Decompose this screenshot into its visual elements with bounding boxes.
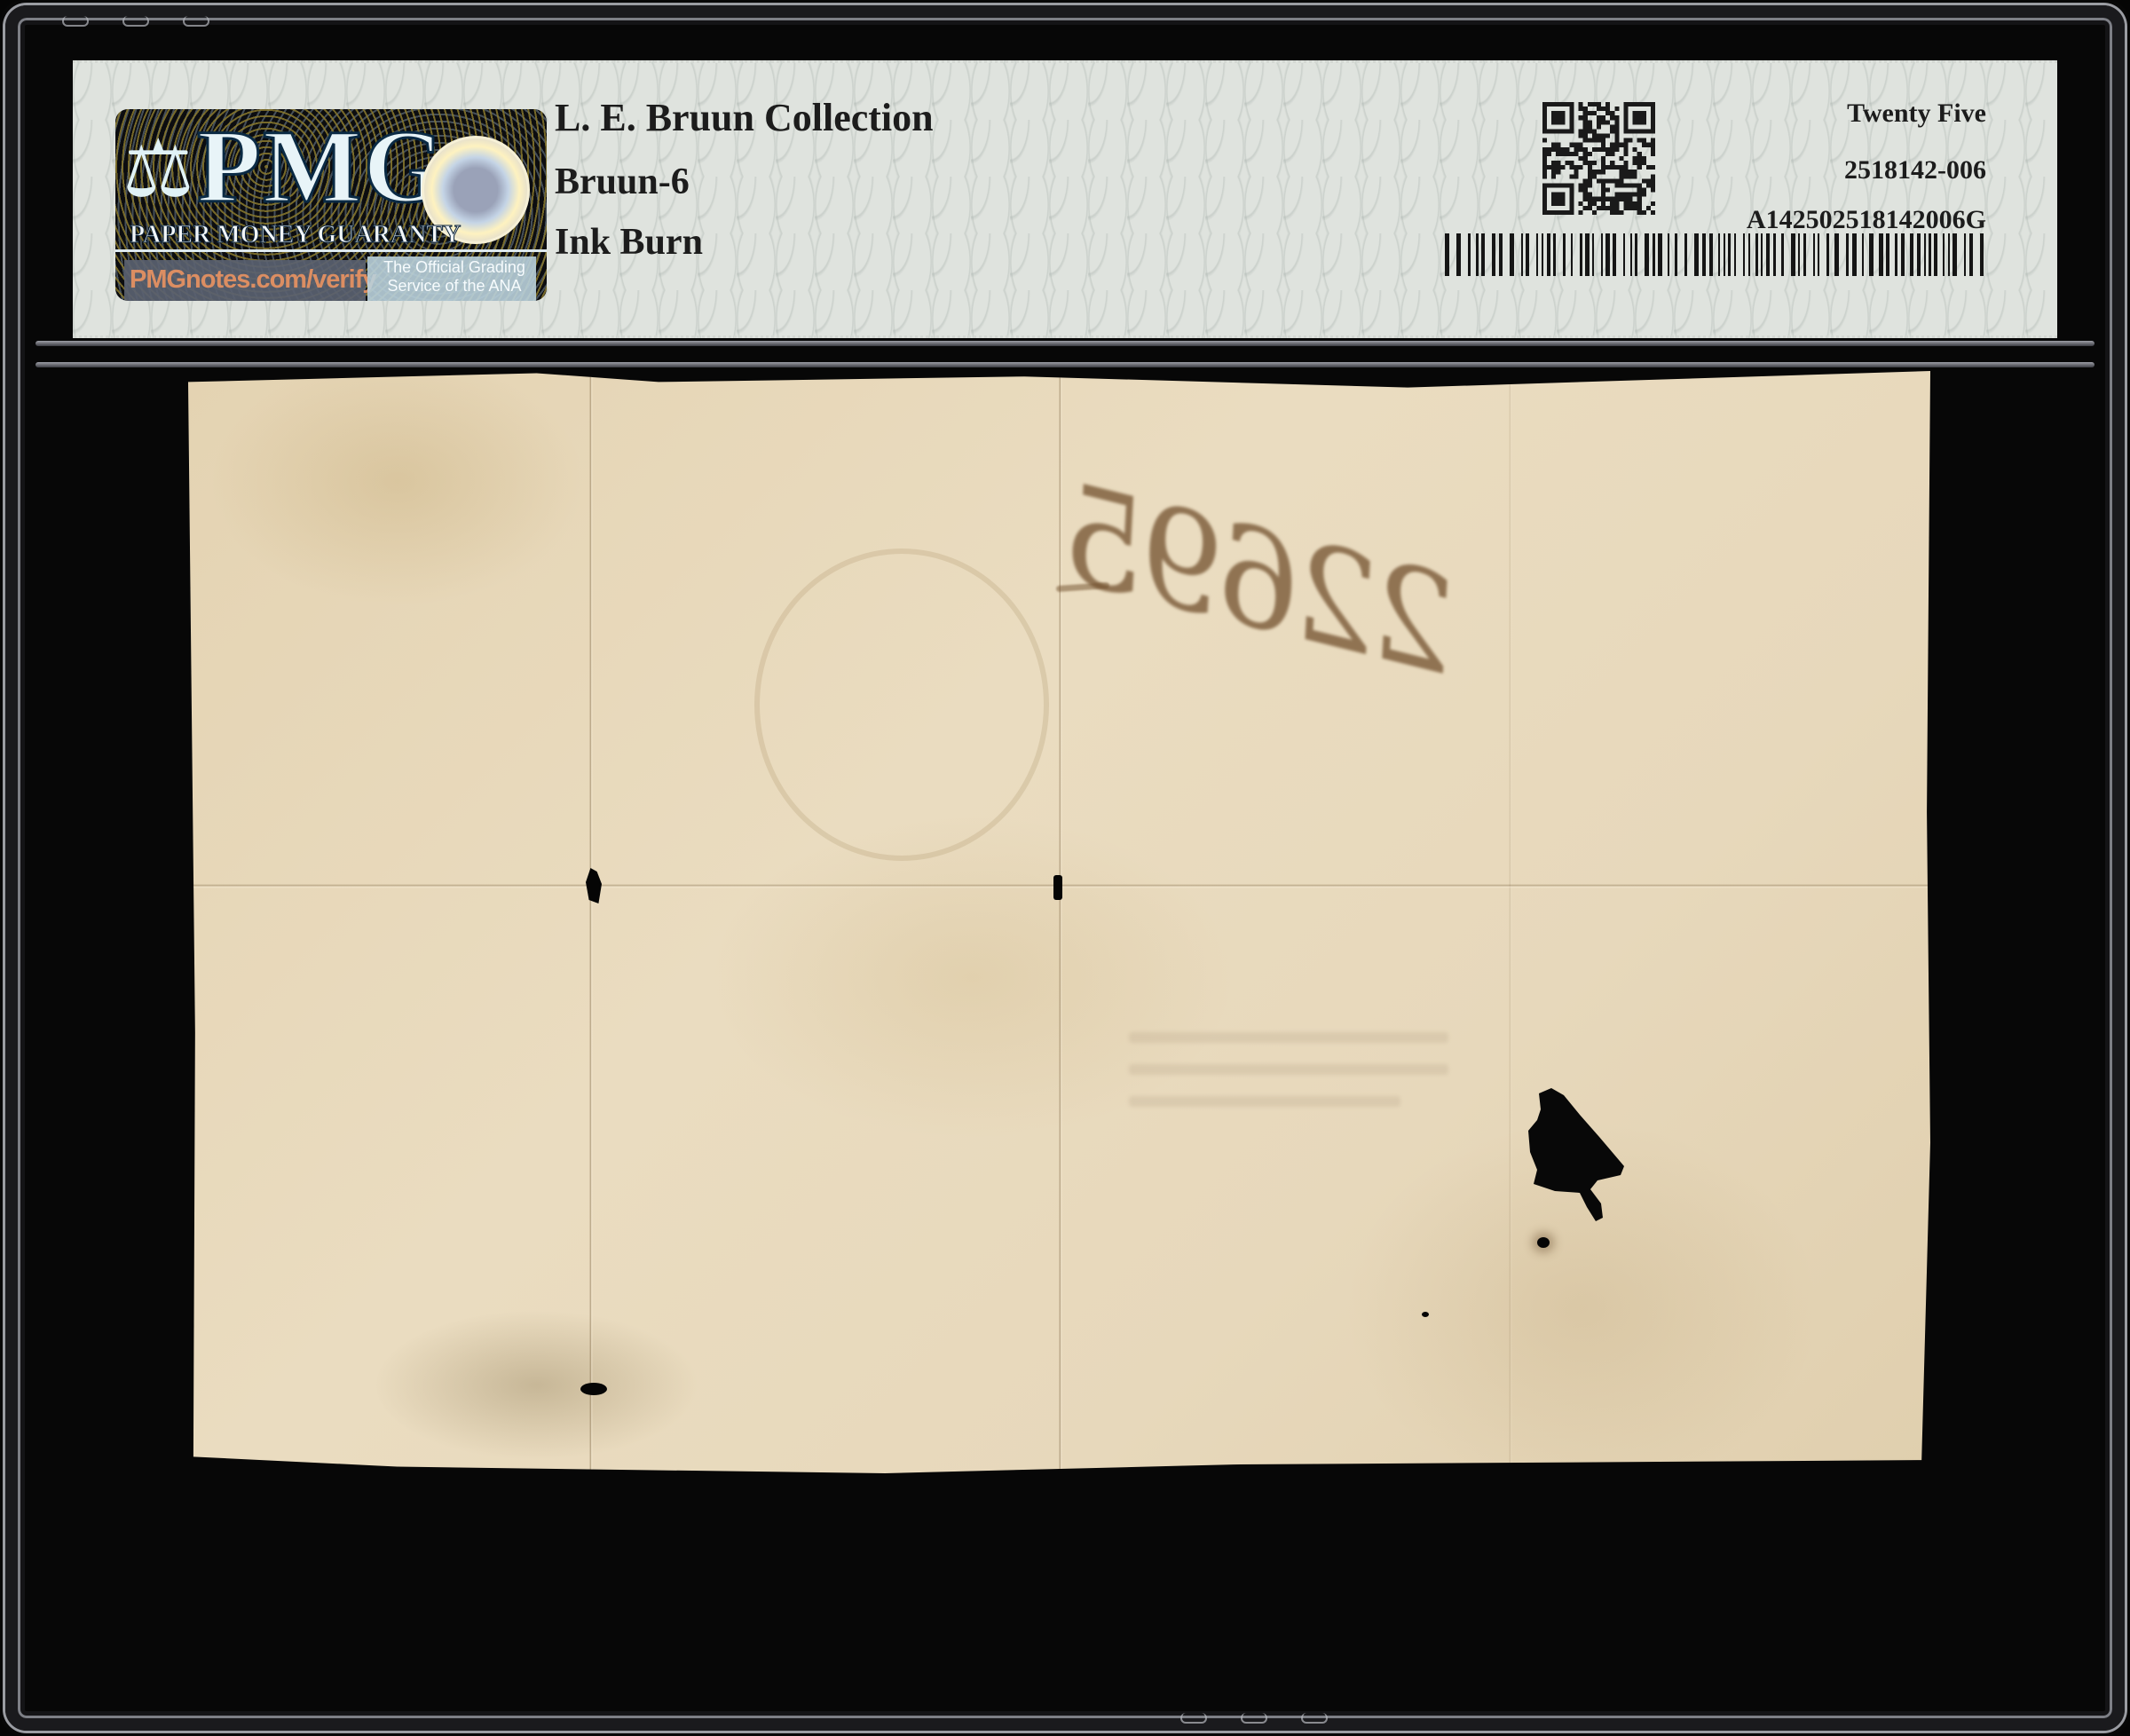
fold-hole (1053, 875, 1062, 900)
barcode-text: A142502518142006G (1747, 205, 1986, 235)
holder-rail-upper (35, 341, 2094, 346)
holder-rail-lower (35, 362, 2094, 367)
qr-code-icon[interactable] (1542, 101, 1655, 216)
ink-burn-dot (1537, 1237, 1550, 1248)
fold-line (1059, 371, 1062, 1473)
fold-line (1509, 371, 1512, 1473)
ink-spot (1422, 1312, 1429, 1317)
pmg-hologram: ⚖ PMG PAPER MONEY GUARANTY PMGnotes.com/… (115, 109, 547, 301)
scales-of-justice-icon: ⚖ (122, 130, 194, 210)
printed-text-bleedthrough (1129, 1032, 1448, 1128)
collection-name: L. E. Bruun Collection (555, 95, 934, 140)
fold-hole (580, 1383, 607, 1395)
holder-grip-bottom (1180, 1713, 1328, 1724)
brand-tagline: PAPER MONEY GUARANTY (130, 221, 461, 249)
fold-hole (586, 868, 602, 904)
grading-comment: Ink Burn (555, 221, 703, 264)
ink-burn-hole (1528, 1088, 1626, 1223)
barcode-icon (1445, 233, 1986, 276)
grading-label: ⚖ PMG PAPER MONEY GUARANTY PMGnotes.com/… (73, 60, 2057, 338)
official-grading-text: The Official Grading Service of the ANA (373, 258, 536, 296)
catalog-number: Bruun-6 (555, 161, 690, 203)
pmg-logo: PMG (197, 114, 446, 219)
pmg-holder: ⚖ PMG PAPER MONEY GUARANTY PMGnotes.com/… (0, 0, 2130, 1736)
banknote-back: 22695 (188, 371, 1930, 1473)
verify-url-link[interactable]: PMGnotes.com/verify (130, 265, 376, 295)
denomination: Twenty Five (1847, 99, 1986, 129)
handwritten-serial-bleedthrough: 22695 (1050, 458, 1472, 704)
cert-number: 2518142-006 (1844, 155, 1986, 185)
fold-line (589, 371, 593, 1473)
seal-bleedthrough (754, 548, 1049, 861)
holder-grip-top (62, 16, 209, 27)
hologram-divider (115, 249, 547, 252)
